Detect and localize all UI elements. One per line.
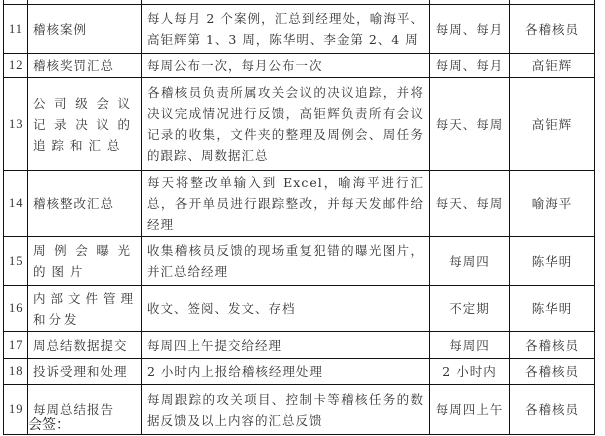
row-description: 各稽核员负责所属攻关会议的决议追踪，并将决议完成情况进行反馈，高钜辉负责所有会议… [142, 78, 430, 171]
table-row: 15 周例会曝光的图片 收集稽核员反馈的现场重复犯错的曝光图片，并汇总给经理 每… [4, 237, 595, 286]
row-item: 内部文件管理和分发 [28, 286, 142, 332]
row-owner: 高钜辉 [510, 54, 595, 78]
row-description: 2 小时内上报给稽核经理处理 [142, 359, 430, 385]
row-number: 19 [4, 385, 28, 435]
row-number: 13 [4, 78, 28, 171]
table-row: 16 内部文件管理和分发 收文、签阅、发文、存档 不定期 陈华明 [4, 286, 595, 332]
table-row: 11 稽核案例 每人每月 2 个案例，汇总到经理处，喻海平、高钜辉第 1、3 周… [4, 5, 595, 54]
row-frequency: 每天、每周 [430, 78, 510, 171]
row-description: 每周公布一次，每月公布一次 [142, 54, 430, 78]
row-number: 18 [4, 359, 28, 385]
row-item: 稽核整改汇总 [28, 171, 142, 237]
row-frequency: 每周、每月 [430, 54, 510, 78]
row-frequency: 每周、每月 [430, 5, 510, 54]
row-number: 14 [4, 171, 28, 237]
row-frequency: 不定期 [430, 286, 510, 332]
row-item: 公司级会议记录决议的追踪和汇总 [28, 78, 142, 171]
row-description: 每周四上午提交给经理 [142, 332, 430, 359]
table-row: 17 周总结数据提交 每周四上午提交给经理 每周四 各稽核员 [4, 332, 595, 359]
row-owner: 高钜辉 [510, 78, 595, 171]
table-row: 18 投诉受理和处理 2 小时内上报给稽核经理处理 2 小时内 各稽核员 [4, 359, 595, 385]
row-owner: 陈华明 [510, 237, 595, 286]
row-owner: 喻海平 [510, 171, 595, 237]
signoff-label: 会签： [28, 414, 70, 434]
row-number: 16 [4, 286, 28, 332]
row-owner: 陈华明 [510, 286, 595, 332]
row-item: 稽核案例 [28, 5, 142, 54]
row-item: 稽核奖罚汇总 [28, 54, 142, 78]
table-row: 12 稽核奖罚汇总 每周公布一次，每月公布一次 每周、每月 高钜辉 [4, 54, 595, 78]
row-item: 周例会曝光的图片 [28, 237, 142, 286]
table-row: 13 公司级会议记录决议的追踪和汇总 各稽核员负责所属攻关会议的决议追踪，并将决… [4, 78, 595, 171]
row-number: 15 [4, 237, 28, 286]
row-description: 收集稽核员反馈的现场重复犯错的曝光图片，并汇总给经理 [142, 237, 430, 286]
row-item: 周总结数据提交 [28, 332, 142, 359]
row-description: 每天将整改单输入到 Excel，喻海平进行汇总，各开单员进行跟踪整改，并每天发邮… [142, 171, 430, 237]
row-number: 12 [4, 54, 28, 78]
row-owner: 各稽核员 [510, 385, 595, 435]
row-description: 每人每月 2 个案例，汇总到经理处，喻海平、高钜辉第 1、3 周，陈华明、李金第… [142, 5, 430, 54]
duty-table: 11 稽核案例 每人每月 2 个案例，汇总到经理处，喻海平、高钜辉第 1、3 周… [3, 0, 595, 435]
row-number: 11 [4, 5, 28, 54]
row-owner: 各稽核员 [510, 5, 595, 54]
row-frequency: 2 小时内 [430, 359, 510, 385]
table-row: 19 每周总结报告 每周跟踪的攻关项目、控制卡等稽核任务的数据反馈及以上内容的汇… [4, 385, 595, 435]
row-frequency: 每周四上午 [430, 385, 510, 435]
row-number: 17 [4, 332, 28, 359]
row-frequency: 每周四 [430, 332, 510, 359]
row-frequency: 每周四 [430, 237, 510, 286]
row-owner: 各稽核员 [510, 332, 595, 359]
row-item: 投诉受理和处理 [28, 359, 142, 385]
table-row: 14 稽核整改汇总 每天将整改单输入到 Excel，喻海平进行汇总，各开单员进行… [4, 171, 595, 237]
row-description: 每周跟踪的攻关项目、控制卡等稽核任务的数据反馈及以上内容的汇总反馈 [142, 385, 430, 435]
row-description: 收文、签阅、发文、存档 [142, 286, 430, 332]
row-owner: 各稽核员 [510, 359, 595, 385]
row-frequency: 每天、每周 [430, 171, 510, 237]
